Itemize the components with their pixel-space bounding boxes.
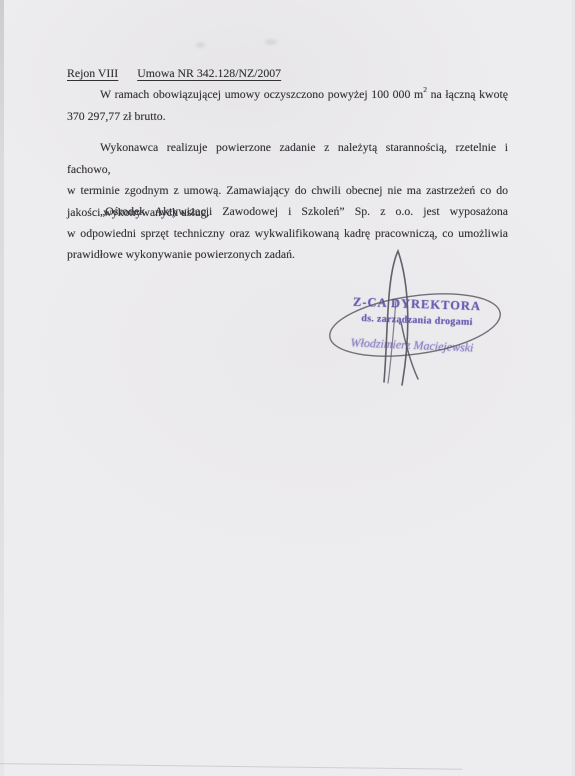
scan-smudge	[196, 43, 205, 47]
text-line: prawidłowe wykonywanie powierzonych zada…	[67, 244, 508, 266]
stamp-signer-name: Włodzimierz Maciejewski	[336, 335, 489, 357]
text-line: w terminie zgodnym z umową. Zamawiający …	[67, 180, 508, 202]
scan-edge-left	[0, 0, 4, 776]
text-line: 370 297,77 zł brutto.	[67, 106, 508, 128]
document-heading: Rejon VIIIUmowa NR 342.128/NZ/2007	[67, 63, 508, 85]
region-label: Rejon VIII	[67, 66, 118, 80]
contract-number: Umowa NR 342.128/NZ/2007	[137, 66, 281, 80]
stamp-department: ds. zarządzania drogami	[336, 312, 498, 329]
stamp-position-title: Z-CA DYREKTORA	[336, 294, 498, 315]
paper-curl-artifact	[0, 763, 462, 776]
text-line: „Ośrodek Aktywizacji Zawodowej i Szkoleń…	[67, 201, 508, 223]
text-segment: W ramach obowiązującej umowy oczyszczono…	[100, 87, 423, 101]
paragraph-contract-summary: W ramach obowiązującej umowy oczyszczono…	[67, 84, 508, 127]
scan-smudge	[265, 40, 277, 44]
scanned-document-page: Rejon VIIIUmowa NR 342.128/NZ/2007 W ram…	[0, 0, 575, 776]
text-line: W ramach obowiązującej umowy oczyszczono…	[67, 84, 508, 106]
text-line: w odpowiedni sprzęt techniczny oraz wykw…	[67, 223, 508, 245]
paragraph-company-resources: „Ośrodek Aktywizacji Zawodowej i Szkoleń…	[67, 201, 508, 266]
text-line: Wykonawca realizuje powierzone zadanie z…	[67, 137, 508, 180]
text-segment: na łączną kwotę	[427, 87, 508, 101]
